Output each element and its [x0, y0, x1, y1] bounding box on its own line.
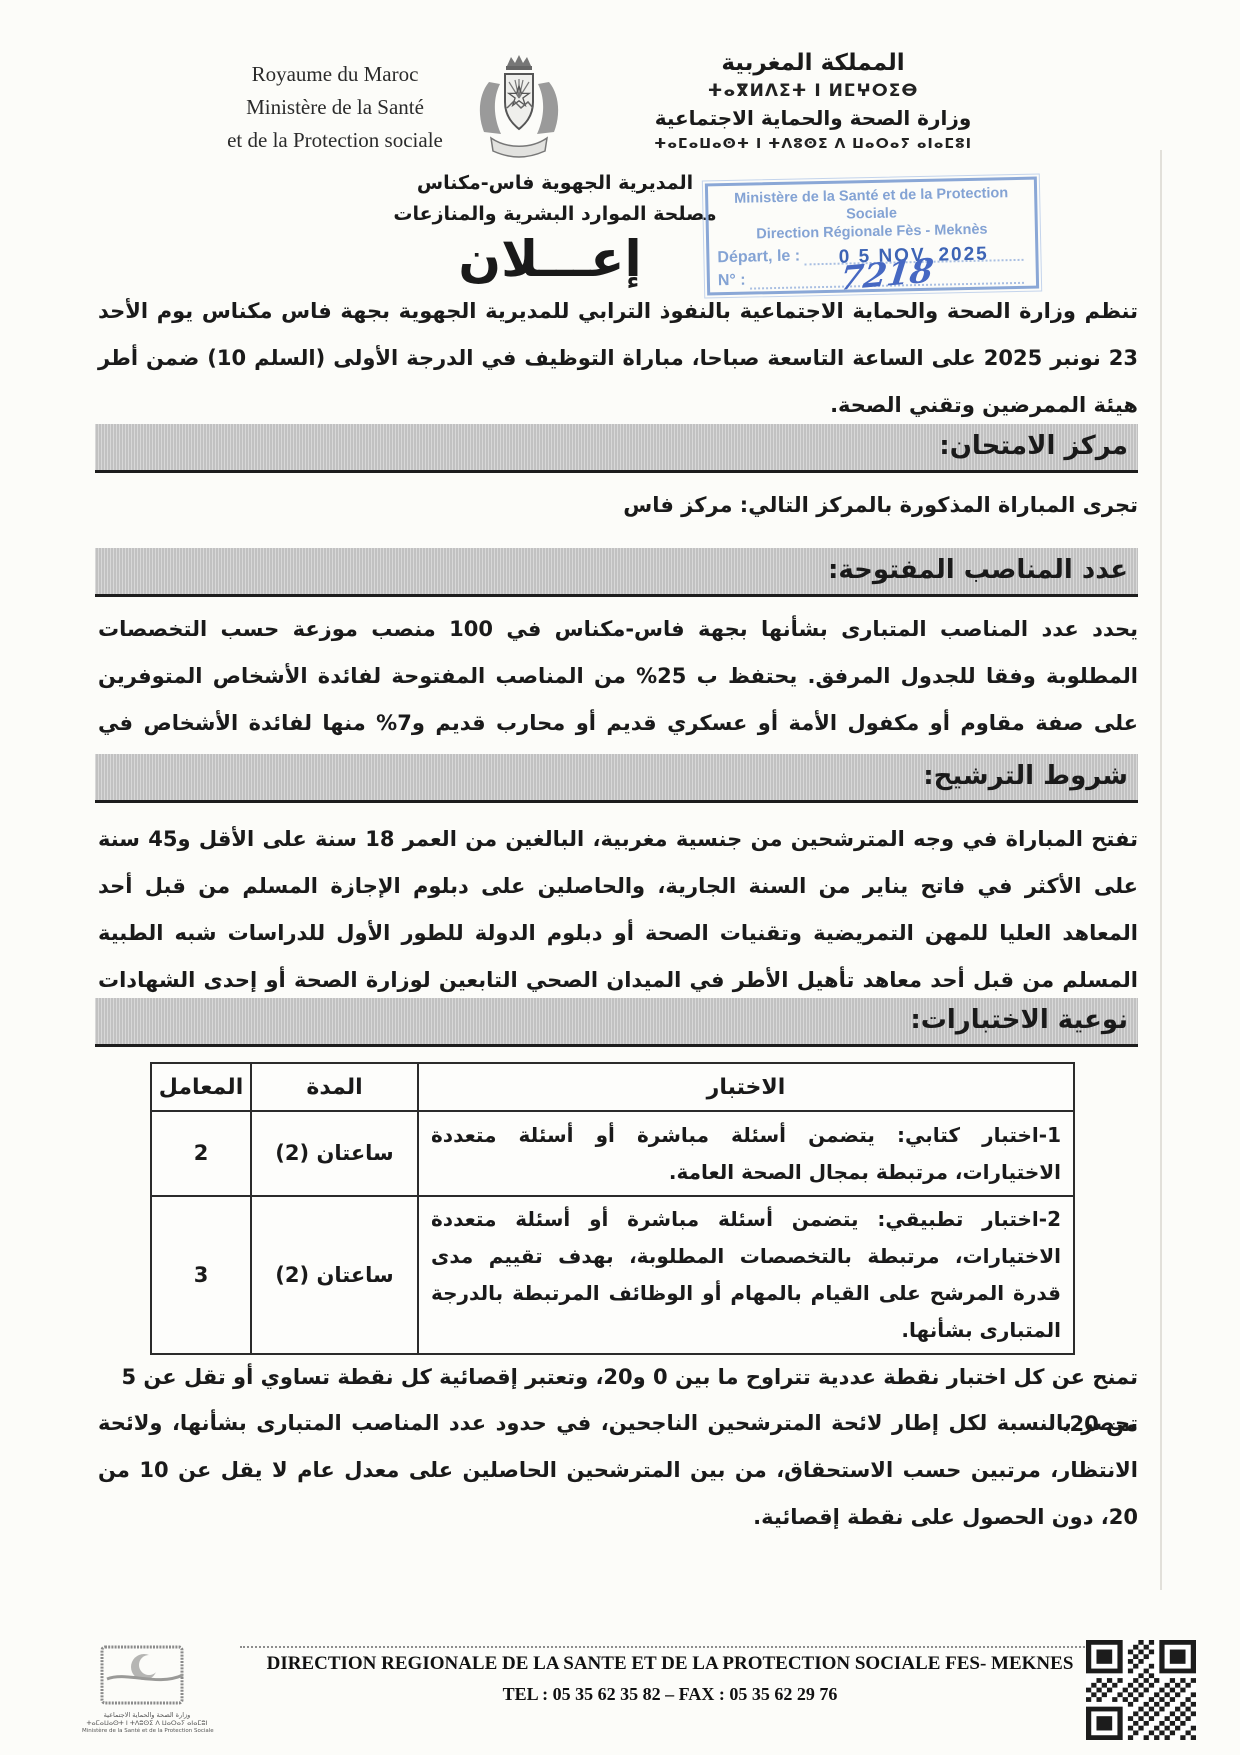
exam-center-body: تجرى المباراة المذكورة بالمركز التالي: م… [98, 482, 1138, 529]
header-french-line3: et de la Protection sociale [200, 124, 470, 157]
footer-divider [240, 1646, 1140, 1648]
stamp-depart-label: Départ, le : [717, 248, 800, 268]
scan-artifact-line [1160, 150, 1162, 1590]
tests-table: الاختبار المدة المعامل 1-اختبار كتابي: ي… [150, 1062, 1075, 1355]
header-french-line1: Royaume du Maroc [200, 58, 470, 91]
stamp-number-value: 7218 [839, 261, 934, 289]
ministry-name-tifinagh: ⵜⴰⵎⴰⵡⴰⵙⵜ ⵏ ⵜⴷⵓⵙⵉ ⴷ ⵡⴰⵔⴰⵢ ⴰⵏⴰⵎⵓⵏ [598, 132, 1028, 156]
practical-test-duration: ساعتان (2) [251, 1196, 418, 1354]
logo-caption-french: Ministère de la Santé et de la Protectio… [82, 1727, 212, 1735]
header-french-line2: Ministère de la Santé [200, 91, 470, 124]
ministry-logo-icon [99, 1645, 195, 1707]
section-heading-tests: نوعية الاختبارات: [95, 998, 1138, 1047]
registry-stamp: Ministère de la Santé et de la Protectio… [705, 177, 1039, 296]
ministry-name-arabic: وزارة الصحة والحماية الاجتماعية [598, 104, 1028, 132]
column-header-coefficient: المعامل [151, 1063, 251, 1111]
column-header-duration: المدة [251, 1063, 418, 1111]
header-french: Royaume du Maroc Ministère de la Santé e… [200, 58, 470, 157]
kingdom-name-arabic: المملكة المغربية [598, 48, 1028, 78]
section-heading-exam-center: مركز الامتحان: [95, 424, 1138, 473]
section-heading-open-positions: عدد المناصب المفتوحة: [95, 548, 1138, 597]
header-arabic: المملكة المغربية ⵜⴰⴳⵍⴷⵉⵜ ⵏ ⵍⵎⵖⵔⵉⴱ وزارة … [598, 48, 1028, 156]
table-row-practical-test: 2-اختبار تطبيقي: يتضمن أسئلة مباشرة أو أ… [151, 1196, 1074, 1354]
column-header-test: الاختبار [418, 1063, 1074, 1111]
document-page: Royaume du Maroc Ministère de la Santé e… [0, 0, 1240, 1755]
logo-caption-arabic: وزارة الصحة والحماية الاجتماعية [82, 1711, 212, 1719]
table-header-row: الاختبار المدة المعامل [151, 1063, 1074, 1111]
written-test-coefficient: 2 [151, 1111, 251, 1196]
intro-paragraph: تنظم وزارة الصحة والحماية الاجتماعية بال… [98, 288, 1138, 429]
stamp-number-row: N° : 7218 [718, 264, 1028, 290]
footer-contact-line: TEL : 05 35 62 35 82 – FAX : 05 35 62 29… [200, 1684, 1140, 1705]
written-test-description: 1-اختبار كتابي: يتضمن أسئلة مباشرة أو أس… [418, 1111, 1074, 1196]
logo-caption-tifinagh: ⵜⴰⵎⴰⵡⴰⵙⵜ ⵏ ⵜⴷⵓⵙⵉ ⴷ ⵡⴰⵔⴰⵢ ⴰⵏⴰⵎⵓⵏ [82, 1719, 212, 1727]
qr-code [1086, 1640, 1196, 1740]
coat-of-arms-icon [468, 52, 570, 162]
footer-direction-line: DIRECTION REGIONALE DE LA SANTE ET DE LA… [200, 1653, 1140, 1675]
ministry-logo: وزارة الصحة والحماية الاجتماعية ⵜⴰⵎⴰⵡⴰⵙⵜ… [82, 1645, 212, 1735]
practical-test-description: 2-اختبار تطبيقي: يتضمن أسئلة مباشرة أو أ… [418, 1196, 1074, 1354]
section-heading-conditions: شروط الترشيح: [95, 754, 1138, 803]
kingdom-name-tifinagh: ⵜⴰⴳⵍⴷⵉⵜ ⵏ ⵍⵎⵖⵔⵉⴱ [598, 78, 1028, 104]
stamp-number-leader: 7218 [749, 264, 1024, 290]
table-row-written-test: 1-اختبار كتابي: يتضمن أسئلة مباشرة أو أس… [151, 1111, 1074, 1196]
document-title: إعـــلان [380, 230, 720, 288]
closing-paragraph-2: تحصر بالنسبة لكل إطار لائحة المترشحين ال… [98, 1400, 1138, 1541]
practical-test-coefficient: 3 [151, 1196, 251, 1354]
written-test-duration: ساعتان (2) [251, 1111, 418, 1196]
